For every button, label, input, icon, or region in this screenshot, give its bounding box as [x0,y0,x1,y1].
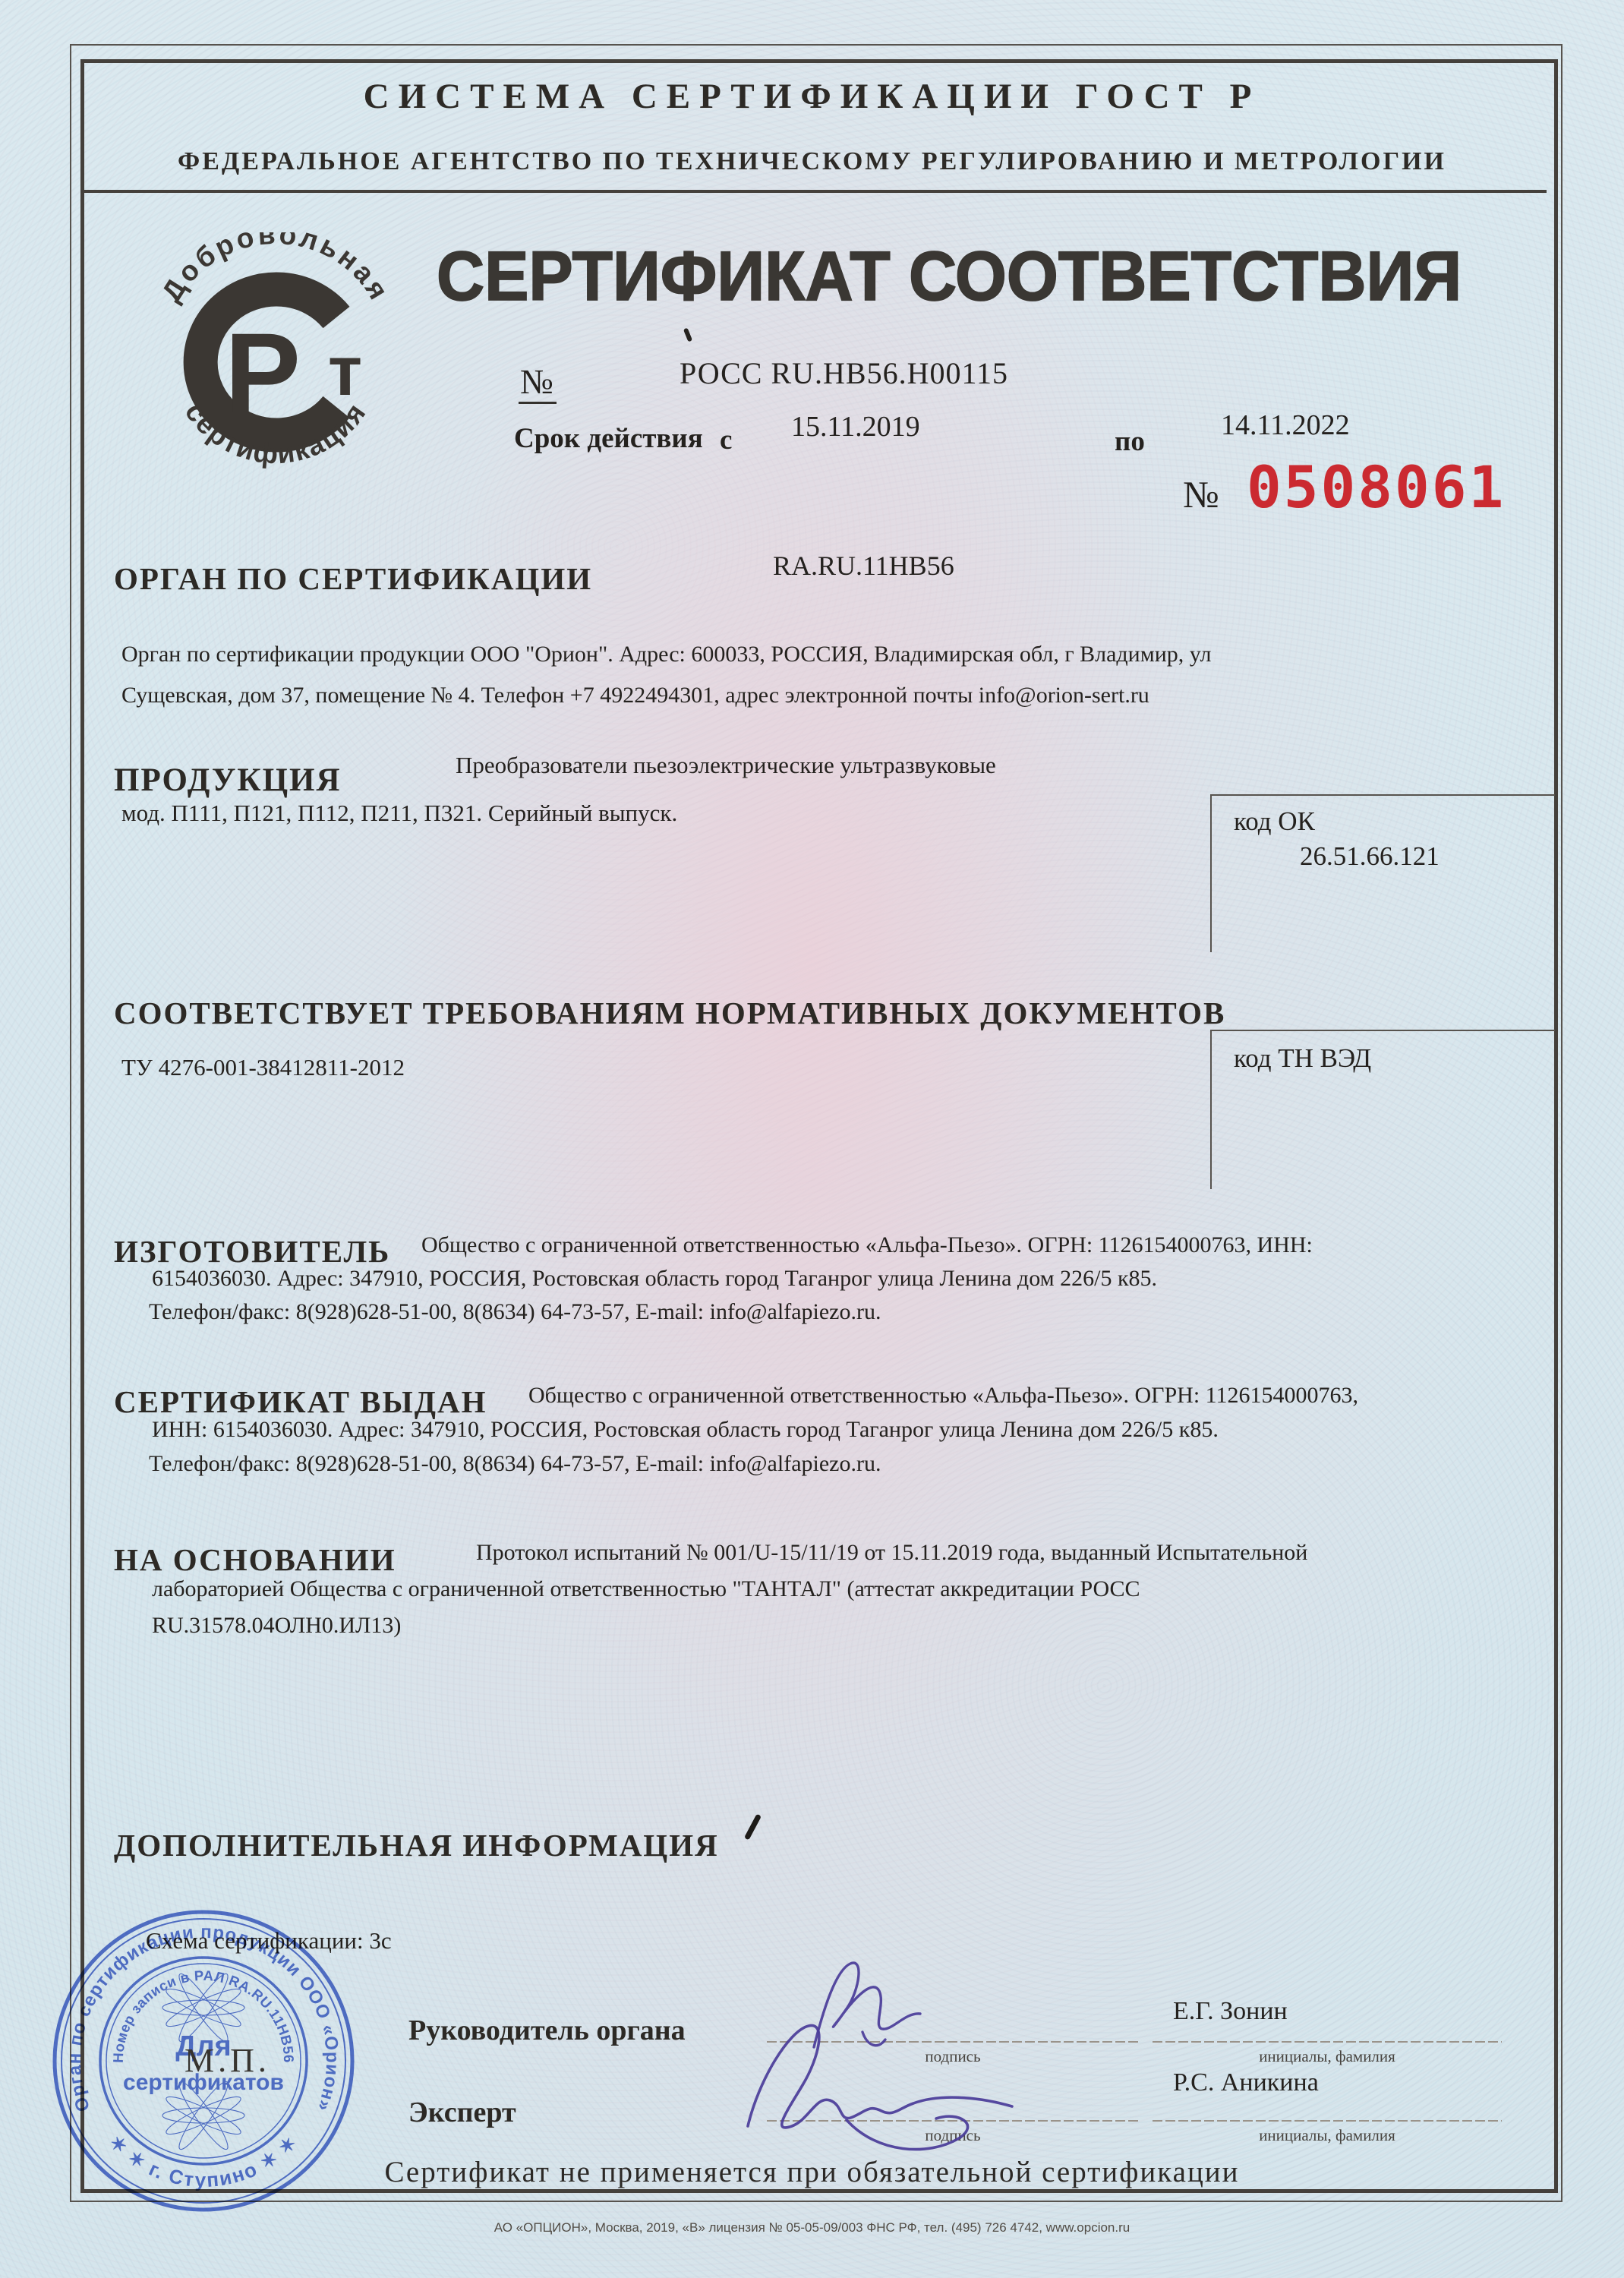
agency-heading: ФЕДЕРАЛЬНОЕ АГЕНТСТВО ПО ТЕХНИЧЕСКОМУ РЕ… [0,147,1624,176]
cert-number-value: РОСС RU.НВ56.Н00115 [680,355,1008,391]
ok-code-label: код ОК [1234,806,1315,837]
org-text-line: Сущевская, дом 37, помещение № 4. Телефо… [121,683,1149,708]
product-name: Преобразователи пьезоэлектрические ультр… [456,752,996,779]
manufacturer-line: Телефон/факс: 8(928)628-51-00, 8(8634) 6… [149,1299,881,1325]
validity-to-date: 14.11.2022 [1221,409,1350,442]
head-signature-label: Руководитель органа [408,2014,686,2047]
form-number-value: 0508061 [1247,459,1506,516]
expert-signature-icon [725,2011,1052,2163]
issued-section-label: СЕРТИФИКАТ ВЫДАН [114,1384,487,1420]
issued-line: Телефон/факс: 8(928)628-51-00, 8(8634) 6… [149,1451,881,1477]
org-text-line: Орган по сертификации продукции ООО "Ори… [121,642,1211,667]
rst-logo-icon: Р т Добровольная сертификация [150,232,401,498]
expert-signature-label: Эксперт [408,2096,516,2129]
form-number-label: № [1183,472,1219,516]
validity-from-label: с [720,424,732,456]
head-name: Е.Г. Зонин [1173,1997,1288,2026]
tnved-code-label: код ТН ВЭД [1234,1043,1371,1074]
certificate-page: СИСТЕМА СЕРТИФИКАЦИИ ГОСТ Р ФЕДЕРАЛЬНОЕ … [0,0,1624,2278]
expert-name: Р.С. Аникина [1173,2068,1319,2097]
manufacturer-line: Общество с ограниченной ответственностью… [421,1232,1313,1258]
head-name-caption: инициалы, фамилия [1153,2047,1502,2066]
conformity-value: ТУ 4276-001-38412811-2012 [121,1054,405,1081]
additional-section-label: ДОПОЛНИТЕЛЬНАЯ ИНФОРМАЦИЯ [114,1827,719,1863]
expert-name-line [1153,2120,1502,2122]
header-divider [84,190,1547,193]
product-details: мод. П111, П121, П112, П211, П321. Серий… [121,800,677,827]
manufacturer-section-label: ИЗГОТОВИТЕЛЬ [114,1233,390,1270]
imprint: АО «ОПЦИОН», Москва, 2019, «В» лицензия … [0,2220,1624,2235]
basis-section-label: НА ОСНОВАНИИ [114,1541,396,1578]
system-heading: СИСТЕМА СЕРТИФИКАЦИИ ГОСТ Р [0,76,1624,117]
manufacturer-line: 6154036030. Адрес: 347910, РОССИЯ, Росто… [152,1266,1157,1292]
validity-from-date: 15.11.2019 [791,410,920,443]
basis-line: RU.31578.04ОЛН0.ИЛ13) [152,1613,401,1639]
org-section-label: ОРГАН ПО СЕРТИФИКАЦИИ [114,560,592,597]
product-section-label: ПРОДУКЦИЯ [114,762,342,799]
validity-to-label: по [1115,425,1145,458]
cert-number-label: № [519,363,557,404]
head-name-line [1153,2041,1502,2043]
document-title: СЕРТИФИКАТ СООТВЕТСТВИЯ [437,241,1462,311]
logo-letter-t: т [328,333,362,410]
conformity-section-label: СООТВЕТСТВУЕТ ТРЕБОВАНИЯМ НОРМАТИВНЫХ ДО… [114,995,1225,1031]
basis-line: лабораторией Общества с ограниченной отв… [152,1576,1140,1602]
basis-line: Протокол испытаний № 001/U-15/11/19 от 1… [476,1540,1307,1566]
validity-label: Срок действия [514,422,703,455]
logo-letter-r: Р [225,309,301,437]
stamp-place-mark: М.П. [184,2041,270,2080]
ok-code-value: 26.51.66.121 [1300,841,1440,872]
issued-line: Общество с ограниченной ответственностью… [528,1383,1358,1409]
svg-text:✶ ✶ г. Ступино ✶ ✶: ✶ ✶ г. Ступино ✶ ✶ [105,2131,302,2191]
issued-line: ИНН: 6154036030. Адрес: 347910, РОССИЯ, … [152,1417,1219,1443]
stamp-ring-bottom-text: ✶ ✶ г. Ступино ✶ ✶ [105,2131,302,2191]
org-code: RA.RU.11НВ56 [773,550,954,582]
expert-name-caption: инициалы, фамилия [1153,2126,1502,2145]
